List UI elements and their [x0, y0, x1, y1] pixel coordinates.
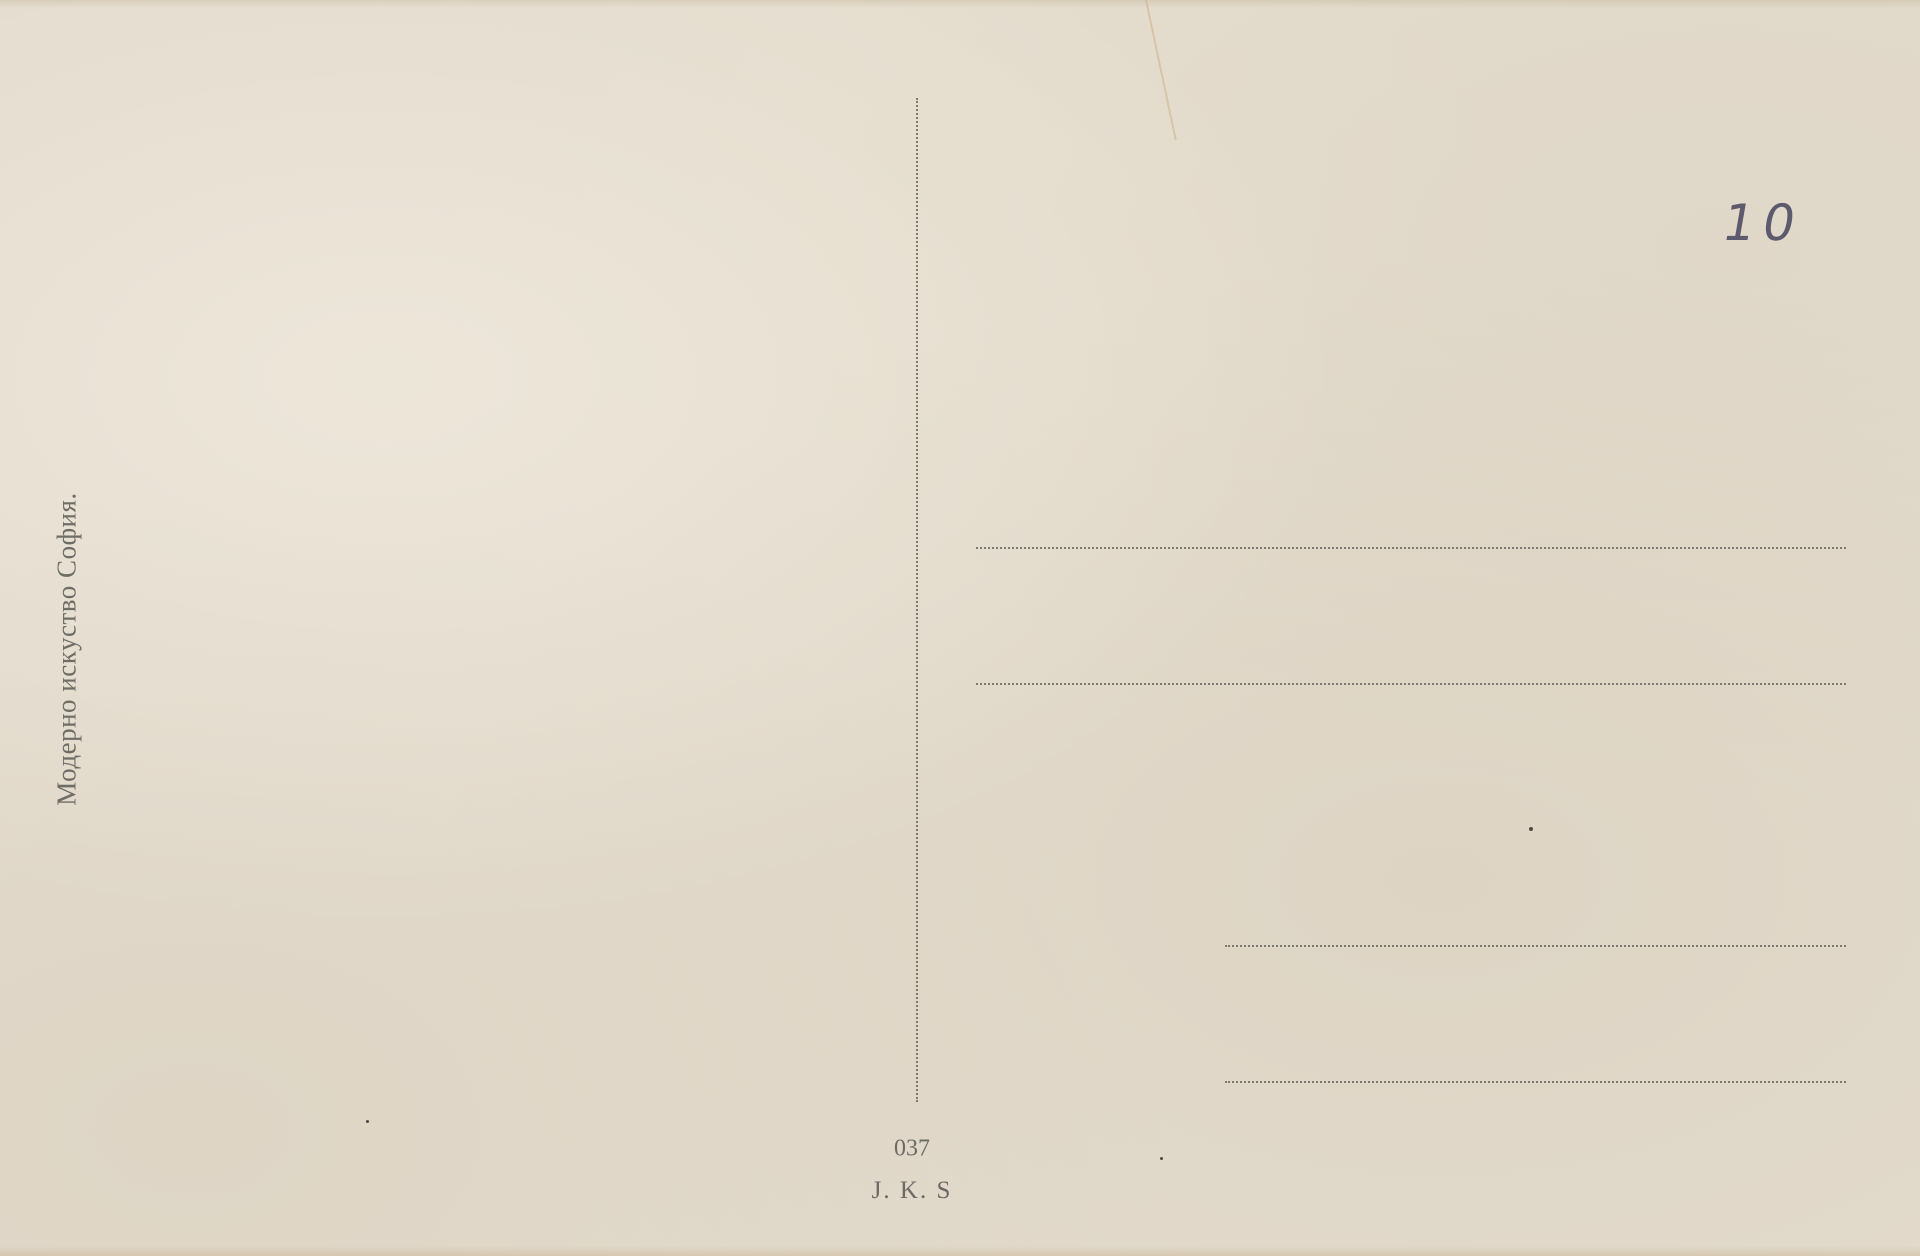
paper-speck: [366, 1120, 369, 1123]
paper-bottom-edge: [0, 1246, 1920, 1256]
publisher-mark: J. K. S: [872, 1177, 953, 1205]
handwritten-number: 10: [1718, 194, 1808, 252]
address-line-4: [1225, 1081, 1846, 1083]
message-address-divider: [916, 98, 918, 1102]
postcard-back: Модерно искуство София. 10 037 J. K. S: [0, 0, 1920, 1256]
address-line-3: [1225, 945, 1846, 947]
series-number: 037: [894, 1136, 930, 1163]
paper-crease: [1145, 0, 1217, 140]
publisher-imprint: Модерно искуство София.: [52, 492, 83, 805]
paper-speck: [1529, 827, 1533, 831]
address-line-2: [976, 683, 1846, 685]
paper-speck: [1160, 1157, 1163, 1160]
address-line-1: [976, 547, 1846, 549]
paper-top-edge: [0, 0, 1920, 8]
